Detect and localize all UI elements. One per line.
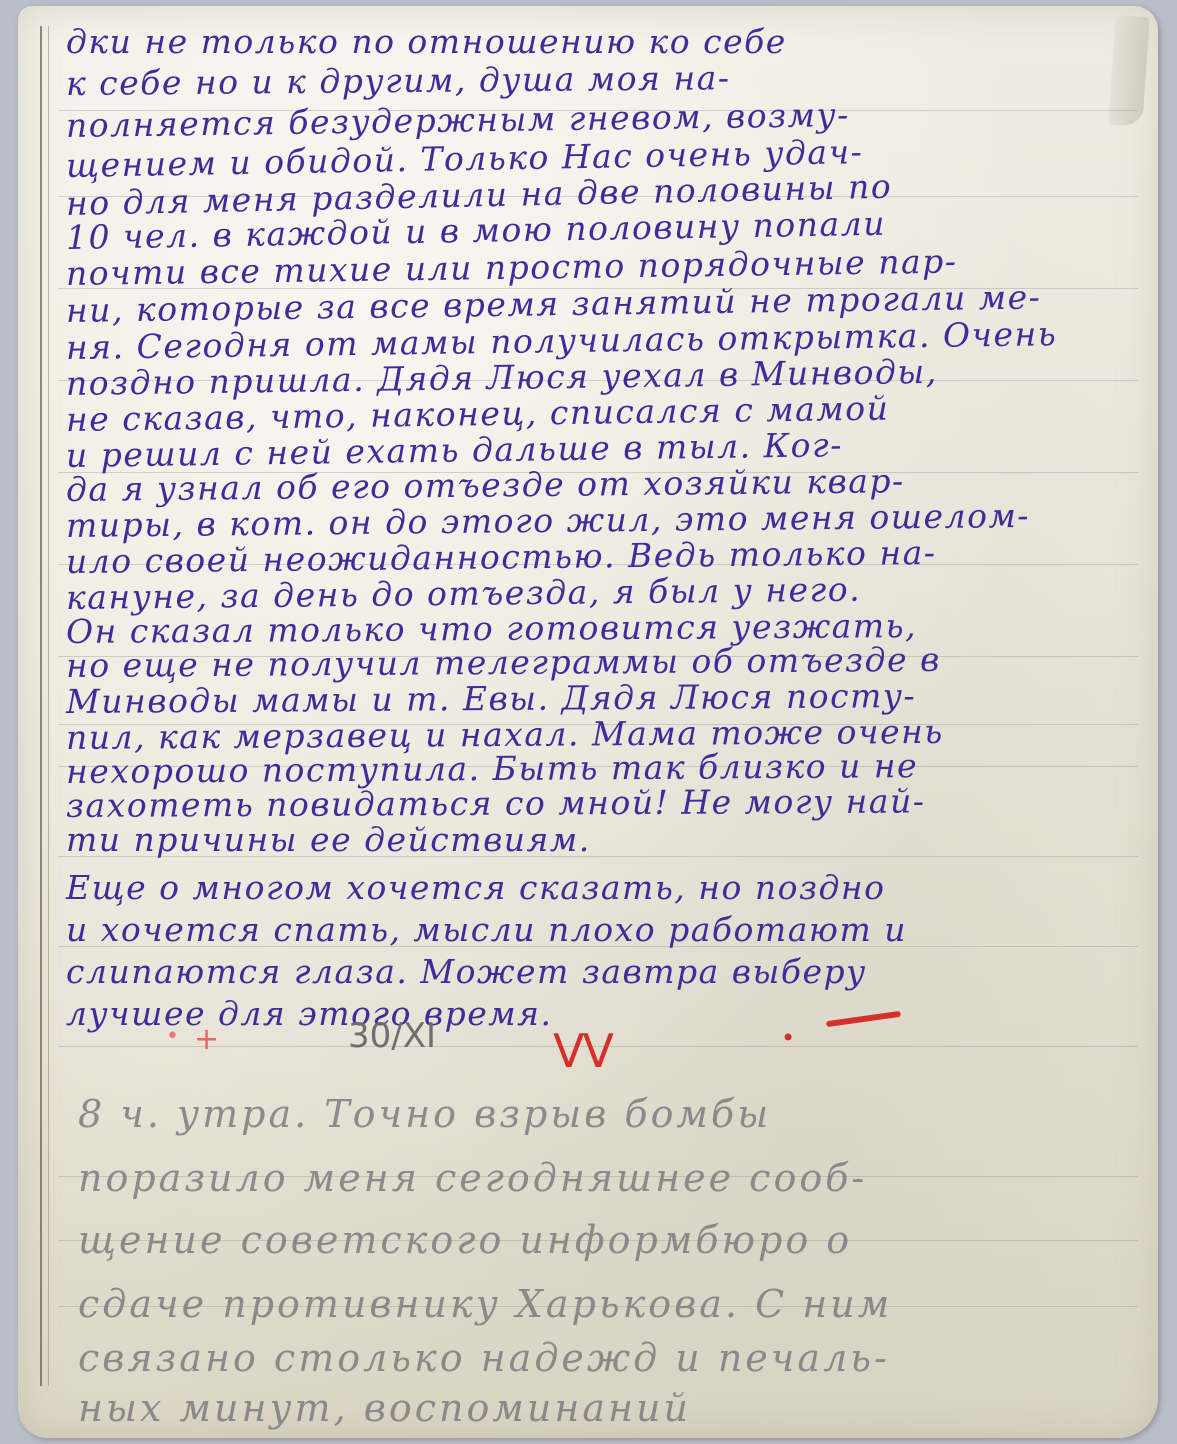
red-check-marks: VV <box>553 1024 612 1078</box>
pencil-line: ных минут, воспоминаний <box>78 1386 1134 1430</box>
red-plus-mark: + <box>194 1022 219 1057</box>
diary-page: дки не только по отношению ко себе к себ… <box>18 6 1158 1438</box>
ink-line: захотеть повидаться со мной! Не могу най… <box>66 780 1134 825</box>
ink-line: ти причины ее действиям. <box>66 820 1134 859</box>
pencil-line: связано столько надежд и печаль- <box>78 1336 1134 1380</box>
notebook-spine-edge <box>40 26 49 1386</box>
ink-line: и хочется спать, мысли плохо работают и <box>66 910 1134 949</box>
red-dot-mark: • <box>781 1024 795 1052</box>
entry-date: 30/XI <box>348 1016 436 1056</box>
pencil-line: поразило меня сегодняшнее сооб- <box>78 1156 1134 1200</box>
pencil-line: щение советского информбюро о <box>78 1218 1134 1262</box>
pencil-line: 8 ч. утра. Точно взрыв бомбы <box>78 1092 1134 1136</box>
red-dot-mark: • <box>166 1024 179 1049</box>
pencil-line: сдаче противнику Харькова. С ним <box>78 1282 1134 1326</box>
ink-line: слипаются глаза. Может завтра выберу <box>66 952 1134 991</box>
ink-line: Еще о многом хочется сказать, но поздно <box>66 868 1134 907</box>
